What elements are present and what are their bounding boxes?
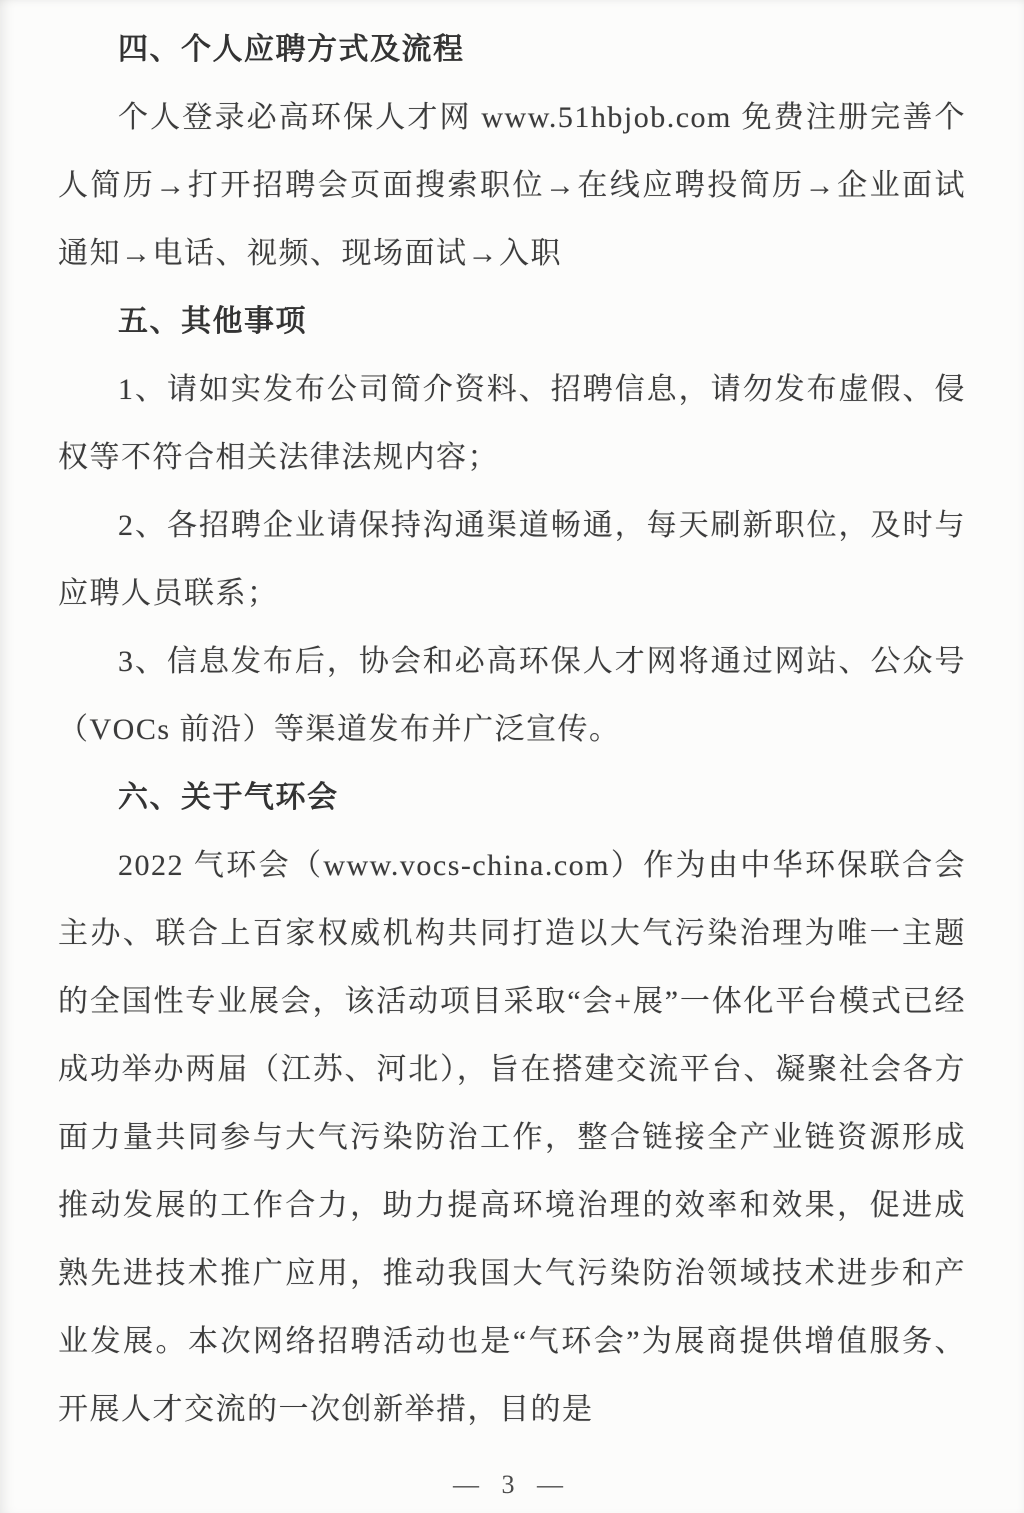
paragraph-about-qihuanhui: 2022 气环会（www.vocs-china.com）作为由中华环保联合会主办… (58, 832, 966, 1444)
section-heading-other-matters: 五、其他事项 (58, 288, 966, 356)
paragraph-other-matters-item-1: 1、请如实发布公司简介资料、招聘信息，请勿发布虚假、侵权等不符合相关法律法规内容… (58, 356, 966, 492)
paragraph-other-matters-item-3: 3、信息发布后，协会和必高环保人才网将通过网站、公众号（VOCs 前沿）等渠道发… (58, 628, 966, 764)
paragraph-application-process: 个人登录必高环保人才网 www.51hbjob.com 免费注册完善个人简历→打… (58, 84, 966, 288)
scanned-document-page: { "doc": { "language": "zh-CN", "colors"… (0, 0, 1024, 1513)
document-page: 四、个人应聘方式及流程 个人登录必高环保人才网 www.51hbjob.com … (0, 0, 1024, 1444)
page-number: — 3 — (0, 1465, 1024, 1505)
section-heading-about-qihuanhui: 六、关于气环会 (58, 764, 966, 832)
section-heading-individual-application: 四、个人应聘方式及流程 (58, 16, 966, 84)
paragraph-other-matters-item-2: 2、各招聘企业请保持沟通渠道畅通，每天刷新职位，及时与应聘人员联系； (58, 492, 966, 628)
